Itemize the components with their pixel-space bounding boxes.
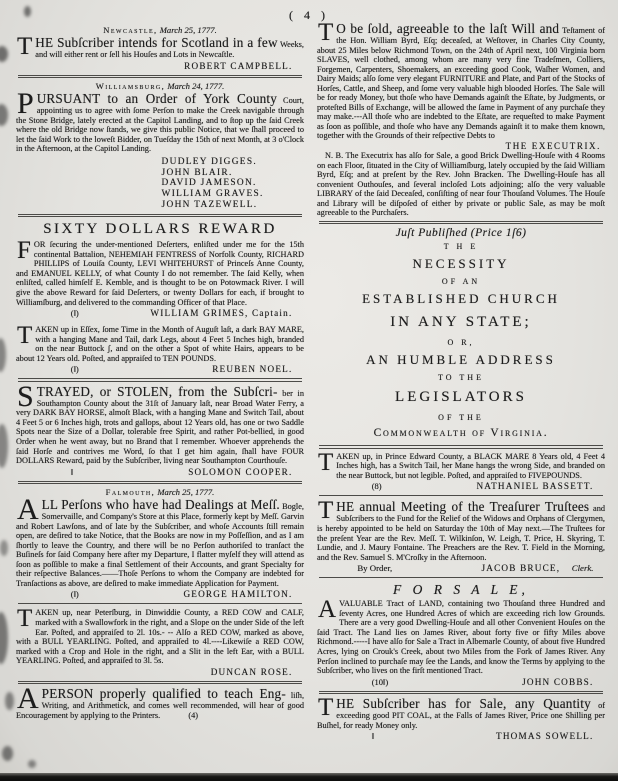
divider-rule: [319, 495, 603, 497]
article-body: TAKEN up in Eſſex, ſome Time in the Mont…: [16, 325, 304, 363]
article-treasurer-trustees-meeting: THE annual Meeting of the Treaſurer Truſ…: [317, 500, 605, 574]
article-text: AKEN up, near Peterſburg, in Dinwiddie C…: [16, 608, 304, 665]
divider-rule: [319, 691, 603, 695]
article-body: ALL Perſons who have had Dealings at Meſ…: [16, 498, 304, 588]
signature: WILLIAM GRAVES.: [162, 189, 264, 200]
signature-list: DUDLEY DIGGES. JOHN BLAIR. DAVID JAMESON…: [162, 157, 264, 211]
signature: GEORGE HAMILTON.: [183, 589, 292, 600]
scan-smudge: [5, 692, 14, 710]
drop-cap: A: [16, 498, 42, 521]
article-teacher-wanted: APERSON properly qualified to teach Eng-…: [16, 687, 304, 720]
book-ad-line: AN HUMBLE ADDRESS: [317, 352, 605, 368]
scan-smudge: [0, 540, 8, 556]
signature: DUNCAN ROSE.: [211, 667, 293, 678]
dateline-place: Newcastle,: [103, 25, 157, 35]
article-body: APERSON properly qualified to teach Eng-…: [16, 687, 304, 720]
columns: Newcastle, March 25, 1777. THE Subſcribe…: [16, 22, 606, 745]
article-opening: TRAYED, or STOLEN, from the Subſcri-: [37, 384, 278, 399]
book-ad-line: IN ANY STATE;: [317, 314, 605, 331]
signature: NATHANIEL BASSETT.: [476, 481, 593, 492]
article-pit-coal-sale: THE Subſcriber has for Sale, any Quantit…: [317, 697, 605, 742]
book-ad-line: OF THE: [317, 413, 605, 422]
signature-row: ‖ SOLOMON COOPER.: [16, 467, 304, 478]
article-opening: HE Subſcriber intends for Scotland in a …: [35, 35, 277, 50]
article-body: FOR ſecuring the under-mentioned Deſerte…: [16, 240, 304, 307]
article-text: AKEN up, in Prince Edward County, a BLAC…: [336, 452, 605, 480]
divider-rule: [18, 75, 302, 79]
signature: ROBERT CAMPBELL.: [184, 61, 292, 72]
book-ad-line: ESTABLISHED CHURCH: [317, 291, 605, 307]
article-body: THE Subſcriber intends for Scotland in a…: [16, 36, 304, 60]
article-text: VALUABLE Tract of LAND, containing two T…: [317, 599, 605, 675]
signature-row: (‖) REUBEN NOEL.: [16, 364, 304, 375]
article-opening: URSUANT to an Order of York County: [37, 91, 277, 106]
signature-title: Clerk.: [572, 563, 594, 574]
dateline-date: March 24, 1777.: [167, 81, 224, 91]
signature-row: (‖) GEORGE HAMILTON.: [16, 589, 304, 600]
article-body: TAKEN up, in Prince Edward County, a BLA…: [317, 452, 605, 481]
article-body: TO be ſold, agreeable to the laſt Will a…: [317, 22, 605, 141]
signature: THE EXECUTRIX.: [317, 141, 601, 151]
compositor-mark: (4): [188, 711, 198, 720]
article-text: OR ſecuring the under-mentioned Deſerter…: [16, 240, 304, 306]
article-opening: PERSON properly qualified to teach Eng-: [42, 686, 286, 701]
scan-smudge: [0, 104, 8, 126]
by-order-label: By Order,: [357, 563, 392, 574]
article-body: AVALUABLE Tract of LAND, containing two …: [317, 599, 605, 675]
scan-smudge: [2, 746, 13, 761]
article-body: PURSUANT to an Order of York County Cour…: [16, 92, 304, 154]
drop-cap: A: [317, 599, 339, 619]
signature-row: ‖ THOMAS SOWELL.: [317, 731, 605, 742]
article-text: Teſtament of the Hon. William Byrd, Eſq;…: [317, 26, 605, 140]
drop-cap: T: [317, 452, 336, 472]
signature: WILLIAM GRIMES, Captain.: [150, 308, 292, 319]
signature-row: (10‖) JOHN COBBS.: [317, 677, 605, 688]
newspaper-page: ( 4 ) Newcastle, March 25, 1777. THE Sub…: [0, 0, 618, 781]
dateline: Falmouth, March 25, 1777.: [16, 487, 304, 497]
signature: REUBEN NOEL.: [212, 364, 292, 375]
drop-cap: F: [16, 240, 34, 260]
drop-cap: T: [16, 608, 35, 628]
article-taken-up-prince-edward: TAKEN up, in Prince Edward County, a BLA…: [317, 452, 605, 493]
signature: JOHN BLAIR.: [162, 168, 264, 179]
divider-rule: [319, 577, 603, 579]
signature-row: ROBERT CAMPBELL.: [16, 61, 304, 72]
article-opening: O be ſold, agreeable to the laſt Will an…: [336, 21, 559, 36]
book-ad-line: O R,: [317, 338, 605, 347]
signature-row: (8) NATHANIEL BASSETT.: [317, 481, 605, 492]
article-opening: HE annual Meeting of the Treaſurer Truſt…: [336, 499, 589, 514]
scan-smudge: [0, 338, 6, 372]
book-ad-line: OF AN: [317, 277, 605, 286]
article-headline: F O R S A L E,: [317, 582, 605, 598]
article-deserters-reward: SIXTY DOLLARS REWARD FOR ſecuring the un…: [16, 221, 304, 319]
signature-row: By Order, JACOB BRUCE, Clerk.: [317, 563, 605, 574]
drop-cap: S: [16, 385, 37, 408]
dateline: Williamsburg, March 24, 1777.: [16, 81, 304, 91]
book-ad-line: Commonwealth of Virginia.: [317, 427, 605, 439]
article-falmouth-store: Falmouth, March 25, 1777. ALL Perſons wh…: [16, 487, 304, 600]
dateline-date: March 25, 1777.: [160, 25, 217, 35]
drop-cap: T: [317, 22, 336, 42]
article-taken-up-petersburg: TAKEN up, near Peterſburg, in Dinwiddie …: [16, 608, 304, 677]
article-land-for-sale: F O R S A L E, AVALUABLE Tract of LAND, …: [317, 582, 605, 687]
compositor-mark: (‖): [71, 364, 79, 375]
article-body: TAKEN up, near Peterſburg, in Dinwiddie …: [16, 608, 304, 665]
dateline-place: Falmouth,: [106, 487, 156, 497]
signature: DUDLEY DIGGES.: [162, 157, 264, 168]
signature: JACOB BRUCE,: [481, 563, 560, 574]
compositor-mark: (‖): [71, 308, 79, 319]
drop-cap: P: [16, 92, 37, 115]
article-headline: SIXTY DOLLARS REWARD: [16, 221, 304, 238]
signature-row: (‖) WILLIAM GRIMES, Captain.: [16, 308, 304, 319]
drop-cap: A: [16, 687, 42, 710]
book-ad-line: NECESSITY: [317, 256, 605, 272]
drop-cap: T: [317, 697, 336, 717]
article-taken-up-essex: TAKEN up in Eſſex, ſome Time in the Mont…: [16, 325, 304, 375]
signature: DAVID JAMESON.: [162, 178, 264, 189]
article-strayed-horse: STRAYED, or STOLEN, from the Subſcri- be…: [16, 385, 304, 478]
book-ad-line: Juſt Publiſhed (Price 1ſ6): [317, 227, 605, 239]
right-column: TO be ſold, agreeable to the laſt Will a…: [317, 22, 605, 745]
divider-rule: [319, 221, 603, 225]
signature: THOMAS SOWELL.: [496, 731, 593, 742]
dateline-date: March 25, 1777.: [157, 487, 214, 497]
left-column: Newcastle, March 25, 1777. THE Subſcribe…: [16, 22, 304, 745]
compositor-mark: ‖: [372, 731, 374, 742]
compositor-mark: ‖: [71, 467, 73, 478]
article-book-advertisement: Juſt Publiſhed (Price 1ſ6) T H E NECESSI…: [317, 227, 605, 439]
article-text: Bogle, Somervaille, and Company's Store …: [16, 502, 304, 588]
article-text: AKEN up in Eſſex, ſome Time in the Month…: [16, 325, 304, 363]
book-ad-line: TO THE: [317, 373, 605, 382]
drop-cap: T: [16, 325, 35, 345]
scan-smudge: [0, 612, 8, 664]
divider-rule: [18, 214, 302, 218]
article-body: THE Subſcriber has for Sale, any Quantit…: [317, 697, 605, 730]
article-scotland-notice: Newcastle, March 25, 1777. THE Subſcribe…: [16, 25, 304, 72]
book-ad-line: T H E: [317, 242, 605, 251]
divider-rule: [18, 681, 302, 685]
book-ad-line: LEGISLATORS: [317, 389, 605, 406]
article-opening: HE Subſcriber has for Sale, any Quantity: [336, 696, 591, 711]
compositor-mark: (‖): [71, 589, 79, 600]
article-body: THE annual Meeting of the Treaſurer Truſ…: [317, 500, 605, 562]
drop-cap: T: [317, 500, 336, 520]
signature-row: DUNCAN ROSE.: [16, 667, 304, 678]
compositor-mark: (10‖): [372, 677, 389, 688]
compositor-mark: (8): [372, 481, 382, 492]
divider-rule: [18, 603, 302, 605]
scan-edge-band: [0, 773, 618, 781]
article-text: ber in Southampton County about the 31ſt…: [16, 389, 304, 465]
signature: JOHN TAZEWELL.: [162, 200, 264, 211]
scan-smudge: [0, 46, 8, 62]
dateline: Newcastle, March 25, 1777.: [16, 25, 304, 35]
divider-rule: [18, 481, 302, 485]
article-opening: LL Perſons who have had Dealings at Meſſ…: [42, 497, 280, 512]
drop-cap: T: [16, 36, 35, 56]
divider-rule: [18, 378, 302, 382]
signature: SOLOMON COOPER.: [188, 467, 292, 478]
divider-rule: [319, 445, 603, 449]
scan-smudge: [28, 760, 36, 768]
article-postscript: N. B. The Executrix has alſo for Sale, a…: [317, 151, 605, 218]
article-york-county-order: Williamsburg, March 24, 1777. PURSUANT t…: [16, 81, 304, 211]
signature: JOHN COBBS.: [522, 677, 593, 688]
article-byrd-estate-sale: TO be ſold, agreeable to the laſt Will a…: [317, 22, 605, 218]
dateline-place: Williamsburg,: [96, 81, 165, 91]
scan-smudge: [0, 424, 8, 468]
article-body: STRAYED, or STOLEN, from the Subſcri- be…: [16, 385, 304, 466]
